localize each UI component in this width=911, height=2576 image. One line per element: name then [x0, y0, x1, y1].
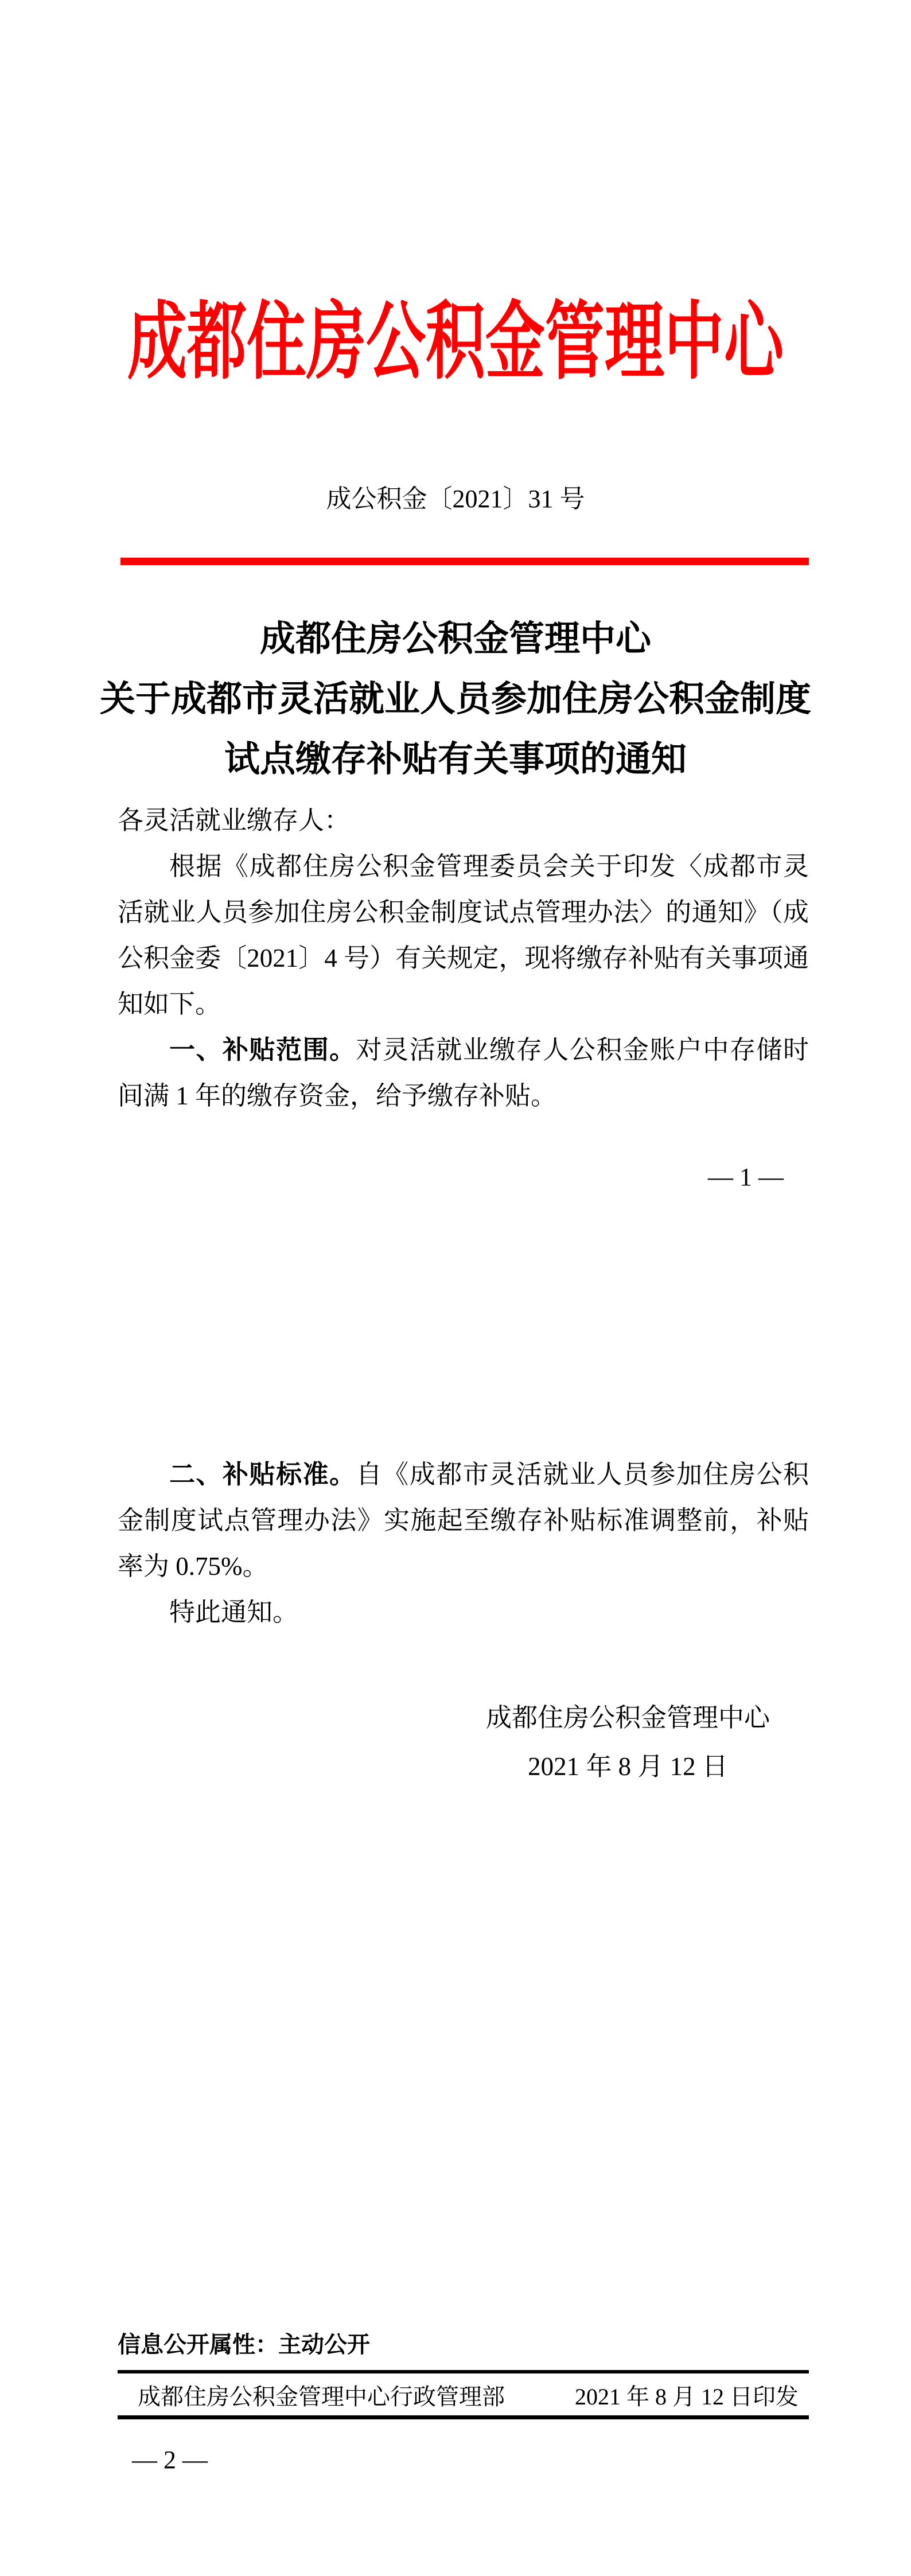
notice-title: 成都住房公积金管理中心 关于成都市灵活就业人员参加住房公积金制度 试点缴存补贴有…	[0, 609, 911, 790]
closing-line: 特此通知。	[118, 1589, 809, 1635]
publisher-name: 成都住房公积金管理中心行政管理部	[138, 2381, 505, 2413]
paragraph-item-2: 二、补贴标准。自《成都市灵活就业人员参加住房公积金制度试点管理办法》实施起至缴存…	[118, 1452, 809, 1589]
page-number-1: — 1 —	[688, 1160, 803, 1194]
print-date: 2021 年 8 月 12 日印发	[575, 2381, 799, 2413]
signature-date: 2021 年 8 月 12 日	[486, 1742, 770, 1791]
masthead-title: 成都住房公积金管理中心	[0, 298, 911, 388]
official-document-page: 成都住房公积金管理中心 成公积金〔2021〕31 号 成都住房公积金管理中心 关…	[0, 0, 911, 2576]
body-page-2: 二、补贴标准。自《成都市灵活就业人员参加住房公积金制度试点管理办法》实施起至缴存…	[118, 1452, 809, 1635]
red-separator-line	[120, 558, 809, 565]
signature-org: 成都住房公积金管理中心	[486, 1694, 770, 1742]
paragraph-item-1: 一、补贴范围。对灵活就业缴存人公积金账户中存储时间满 1 年的缴存资金，给予缴存…	[118, 1027, 809, 1119]
paragraph-basis: 根据《成都住房公积金管理委员会关于印发〈成都市灵活就业人员参加住房公积金制度试点…	[118, 843, 809, 1027]
publisher-row: 成都住房公积金管理中心行政管理部 2021 年 8 月 12 日印发	[118, 2381, 809, 2413]
notice-title-line-1: 成都住房公积金管理中心	[0, 609, 911, 670]
item-2-heading: 二、补贴标准。	[169, 1459, 356, 1489]
doc-number: 成公积金〔2021〕31 号	[0, 485, 911, 513]
footer-rule-top	[118, 2370, 809, 2373]
body-page-1: 各灵活就业缴存人： 根据《成都住房公积金管理委员会关于印发〈成都市灵活就业人员参…	[118, 797, 809, 1119]
item-1-heading: 一、补贴范围。	[169, 1034, 356, 1065]
footer-rule-bottom	[118, 2415, 809, 2419]
page-number-2: — 2 —	[112, 2443, 227, 2477]
info-disclosure-attribute: 信息公开属性：主动公开	[118, 2330, 370, 2359]
notice-title-line-2: 关于成都市灵活就业人员参加住房公积金制度	[0, 670, 911, 730]
paragraph-basis-text: 根据《成都住房公积金管理委员会关于印发〈成都市灵活就业人员参加住房公积金制度试点…	[118, 852, 809, 1018]
notice-title-line-3: 试点缴存补贴有关事项的通知	[0, 730, 911, 790]
signature-block: 成都住房公积金管理中心 2021 年 8 月 12 日	[486, 1694, 770, 1791]
salutation: 各灵活就业缴存人：	[118, 797, 809, 843]
